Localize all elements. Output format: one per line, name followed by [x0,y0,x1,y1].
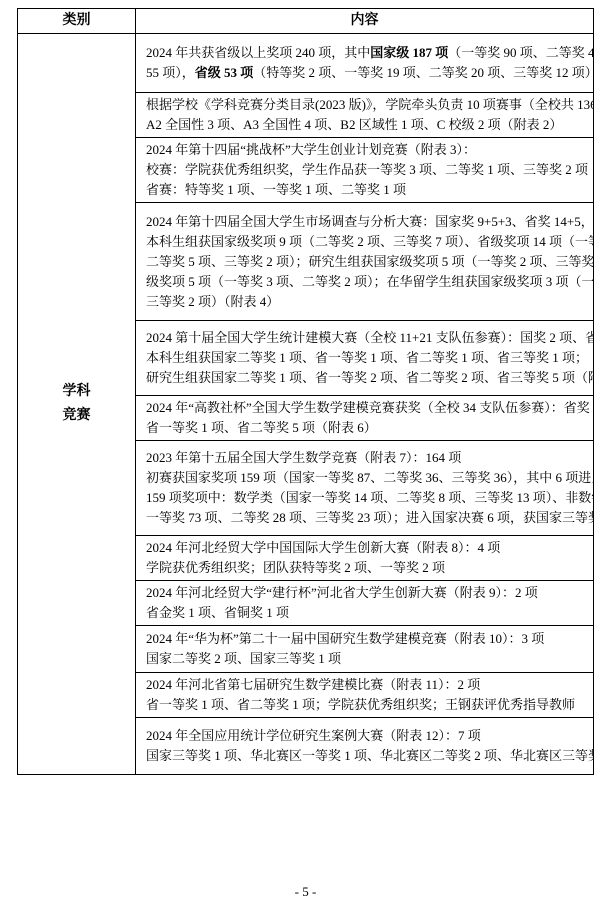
row-overall-awards: 2024 年共获省级以上奖项 240 项，其中国家级 187 项（一等奖 90 … [136,34,594,93]
text-line: 2024 年河北经贸大学中国国际大学生创新大赛（附表 8）：4 项 [146,538,589,558]
text-line: 省一等奖 1 项、省二等奖 5 项（附表 6） [146,418,589,438]
text-line: 2024 年河北省第七届研究生数学建模比赛（附表 11）：2 项 [146,675,589,695]
column-header-category: 类别 [18,9,136,34]
text-line: 本科生组获国家级奖项 9 项（二等奖 2 项、三等奖 7 项）、省级奖项 14 … [146,232,589,252]
text-segment-bold: 国家级 187 项 [370,45,448,60]
page-number: - 5 - [0,884,611,900]
text-line: 国家三等奖 1 项、华北赛区一等奖 1 项、华北赛区二等奖 2 项、华北赛区三等… [146,746,589,766]
text-line: 2024 年全国应用统计学位研究生案例大赛（附表 12）：7 项 [146,726,589,746]
text-line: 研究生组获国家二等奖 1 项、省一等奖 2 项、省二等奖 2 项、省三等奖 5 … [146,368,589,388]
text-line: 一等奖 73 项、二等奖 28 项、三等奖 23 项）；进入国家决赛 6 项，获… [146,508,589,528]
text-segment: （特等奖 2 项、一等奖 19 项、二等奖 20 项、三等奖 12 项）（附表 … [253,65,593,80]
row-market-survey-competition: 2024 年第十四届全国大学生市场调查与分析大赛：国家奖 9+5+3、省奖 14… [136,203,594,321]
row-jianhang-cup-innovation: 2024 年河北经贸大学“建行杯”河北省大学生创新大赛（附表 9）：2 项 省金… [136,581,594,626]
text-line: A2 全国性 3 项、A3 全国性 4 项、B2 区域性 1 项、C 校级 2 … [146,115,589,135]
text-line: 2024 年“华为杯”第二十一届中国研究生数学建模竞赛（附表 10）：3 项 [146,629,589,649]
row-competition-catalog: 根据学校《学科竞赛分类目录(2023 版)》，学院牵头负责 10 项赛事（全校共… [136,93,594,138]
document-page: 类别 内容 学科 竞赛 2024 年共获省级以上奖项 240 项，其中国家级 1… [0,0,611,907]
row-cumcm-math-modeling: 2024 年“高教社杯”全国大学生数学建模竞赛获奖（全校 34 支队伍参赛）：省… [136,396,594,441]
category-cell: 学科 竞赛 [18,34,136,775]
text-line: 2024 年河北经贸大学“建行杯”河北省大学生创新大赛（附表 9）：2 项 [146,583,589,603]
text-line: 省金奖 1 项、省铜奖 1 项 [146,603,589,623]
row-huawei-cup-graduate-modeling: 2024 年“华为杯”第二十一届中国研究生数学建模竞赛（附表 10）：3 项 国… [136,626,594,673]
row-hebei-graduate-modeling: 2024 年河北省第七届研究生数学建模比赛（附表 11）：2 项 省一等奖 1 … [136,673,594,718]
text-line: 2024 年第十四届全国大学生市场调查与分析大赛：国家奖 9+5+3、省奖 14… [146,212,589,232]
text-line: 三等奖 2 项）（附表 4） [146,292,589,312]
text-line: 2024 年“高教社杯”全国大学生数学建模竞赛获奖（全校 34 支队伍参赛）：省… [146,398,589,418]
text-line: 初赛获国家奖项 159 项（国家一等奖 87、二等奖 36、三等奖 36），其中… [146,468,589,488]
text-line: 159 项奖项中：数学类（国家一等奖 14 项、二等奖 8 项、三等奖 13 项… [146,488,589,508]
text-line: 国家二等奖 2 项、国家三等奖 1 项 [146,649,589,669]
category-label-line1: 学科 [18,380,135,404]
text-line: 学院获优秀组织奖；团队获特等奖 2 项、一等奖 2 项 [146,558,589,578]
column-header-content: 内容 [136,9,594,34]
text-line: 2024 年共获省级以上奖项 240 项，其中国家级 187 项（一等奖 90 … [146,43,589,63]
text-segment: 55 项）， [146,65,195,80]
text-line: 省一等奖 1 项、省二等奖 1 项；学院获优秀组织奖；王钢获评优秀指导教师 [146,695,589,715]
text-segment-bold: 省级 53 项 [195,65,254,80]
table-header-row: 类别 内容 [18,9,594,34]
text-line: 2023 年第十五届全国大学生数学竞赛（附表 7）：164 项 [146,448,589,468]
text-line: 2024 年第十四届“挑战杯”大学生创业计划竞赛（附表 3）： [146,140,589,160]
text-line: 2024 第十届全国大学生统计建模大赛（全校 11+21 支队伍参赛）：国奖 2… [146,328,589,348]
table-row: 学科 竞赛 2024 年共获省级以上奖项 240 项，其中国家级 187 项（一… [18,34,594,93]
text-line: 55 项），省级 53 项（特等奖 2 项、一等奖 19 项、二等奖 20 项、… [146,63,589,83]
row-china-international-innovation: 2024 年河北经贸大学中国国际大学生创新大赛（附表 8）：4 项 学院获优秀组… [136,536,594,581]
text-line: 二等奖 5 项、三等奖 2 项）；研究生组获国家级奖项 5 项（一等奖 2 项、… [146,252,589,272]
text-line: 本科生组获国家二等奖 1 项、省一等奖 1 项、省二等奖 1 项、省三等奖 1 … [146,348,589,368]
category-label-line2: 竞赛 [18,404,135,428]
competition-results-table: 类别 内容 学科 竞赛 2024 年共获省级以上奖项 240 项，其中国家级 1… [17,8,594,775]
text-line: 级奖项 5 项（一等奖 3 项、二等奖 2 项）；在华留学生组获国家级奖项 3 … [146,272,589,292]
row-statistical-modeling-competition: 2024 第十届全国大学生统计建模大赛（全校 11+21 支队伍参赛）：国奖 2… [136,321,594,396]
row-applied-statistics-case: 2024 年全国应用统计学位研究生案例大赛（附表 12）：7 项 国家三等奖 1… [136,718,594,775]
text-line: 根据学校《学科竞赛分类目录(2023 版)》，学院牵头负责 10 项赛事（全校共… [146,95,589,115]
text-segment: （一等奖 90 项、二等奖 42 项、三等奖 [448,45,593,60]
text-line: 省赛：特等奖 1 项、一等奖 1 项、二等奖 1 项 [146,180,589,200]
text-line: 校赛：学院获优秀组织奖，学生作品获一等奖 3 项、二等奖 1 项、三等奖 2 项 [146,160,589,180]
text-segment: 2024 年共获省级以上奖项 240 项，其中 [146,45,370,60]
row-challenge-cup: 2024 年第十四届“挑战杯”大学生创业计划竞赛（附表 3）： 校赛：学院获优秀… [136,138,594,203]
row-national-math-competition: 2023 年第十五届全国大学生数学竞赛（附表 7）：164 项 初赛获国家奖项 … [136,441,594,536]
